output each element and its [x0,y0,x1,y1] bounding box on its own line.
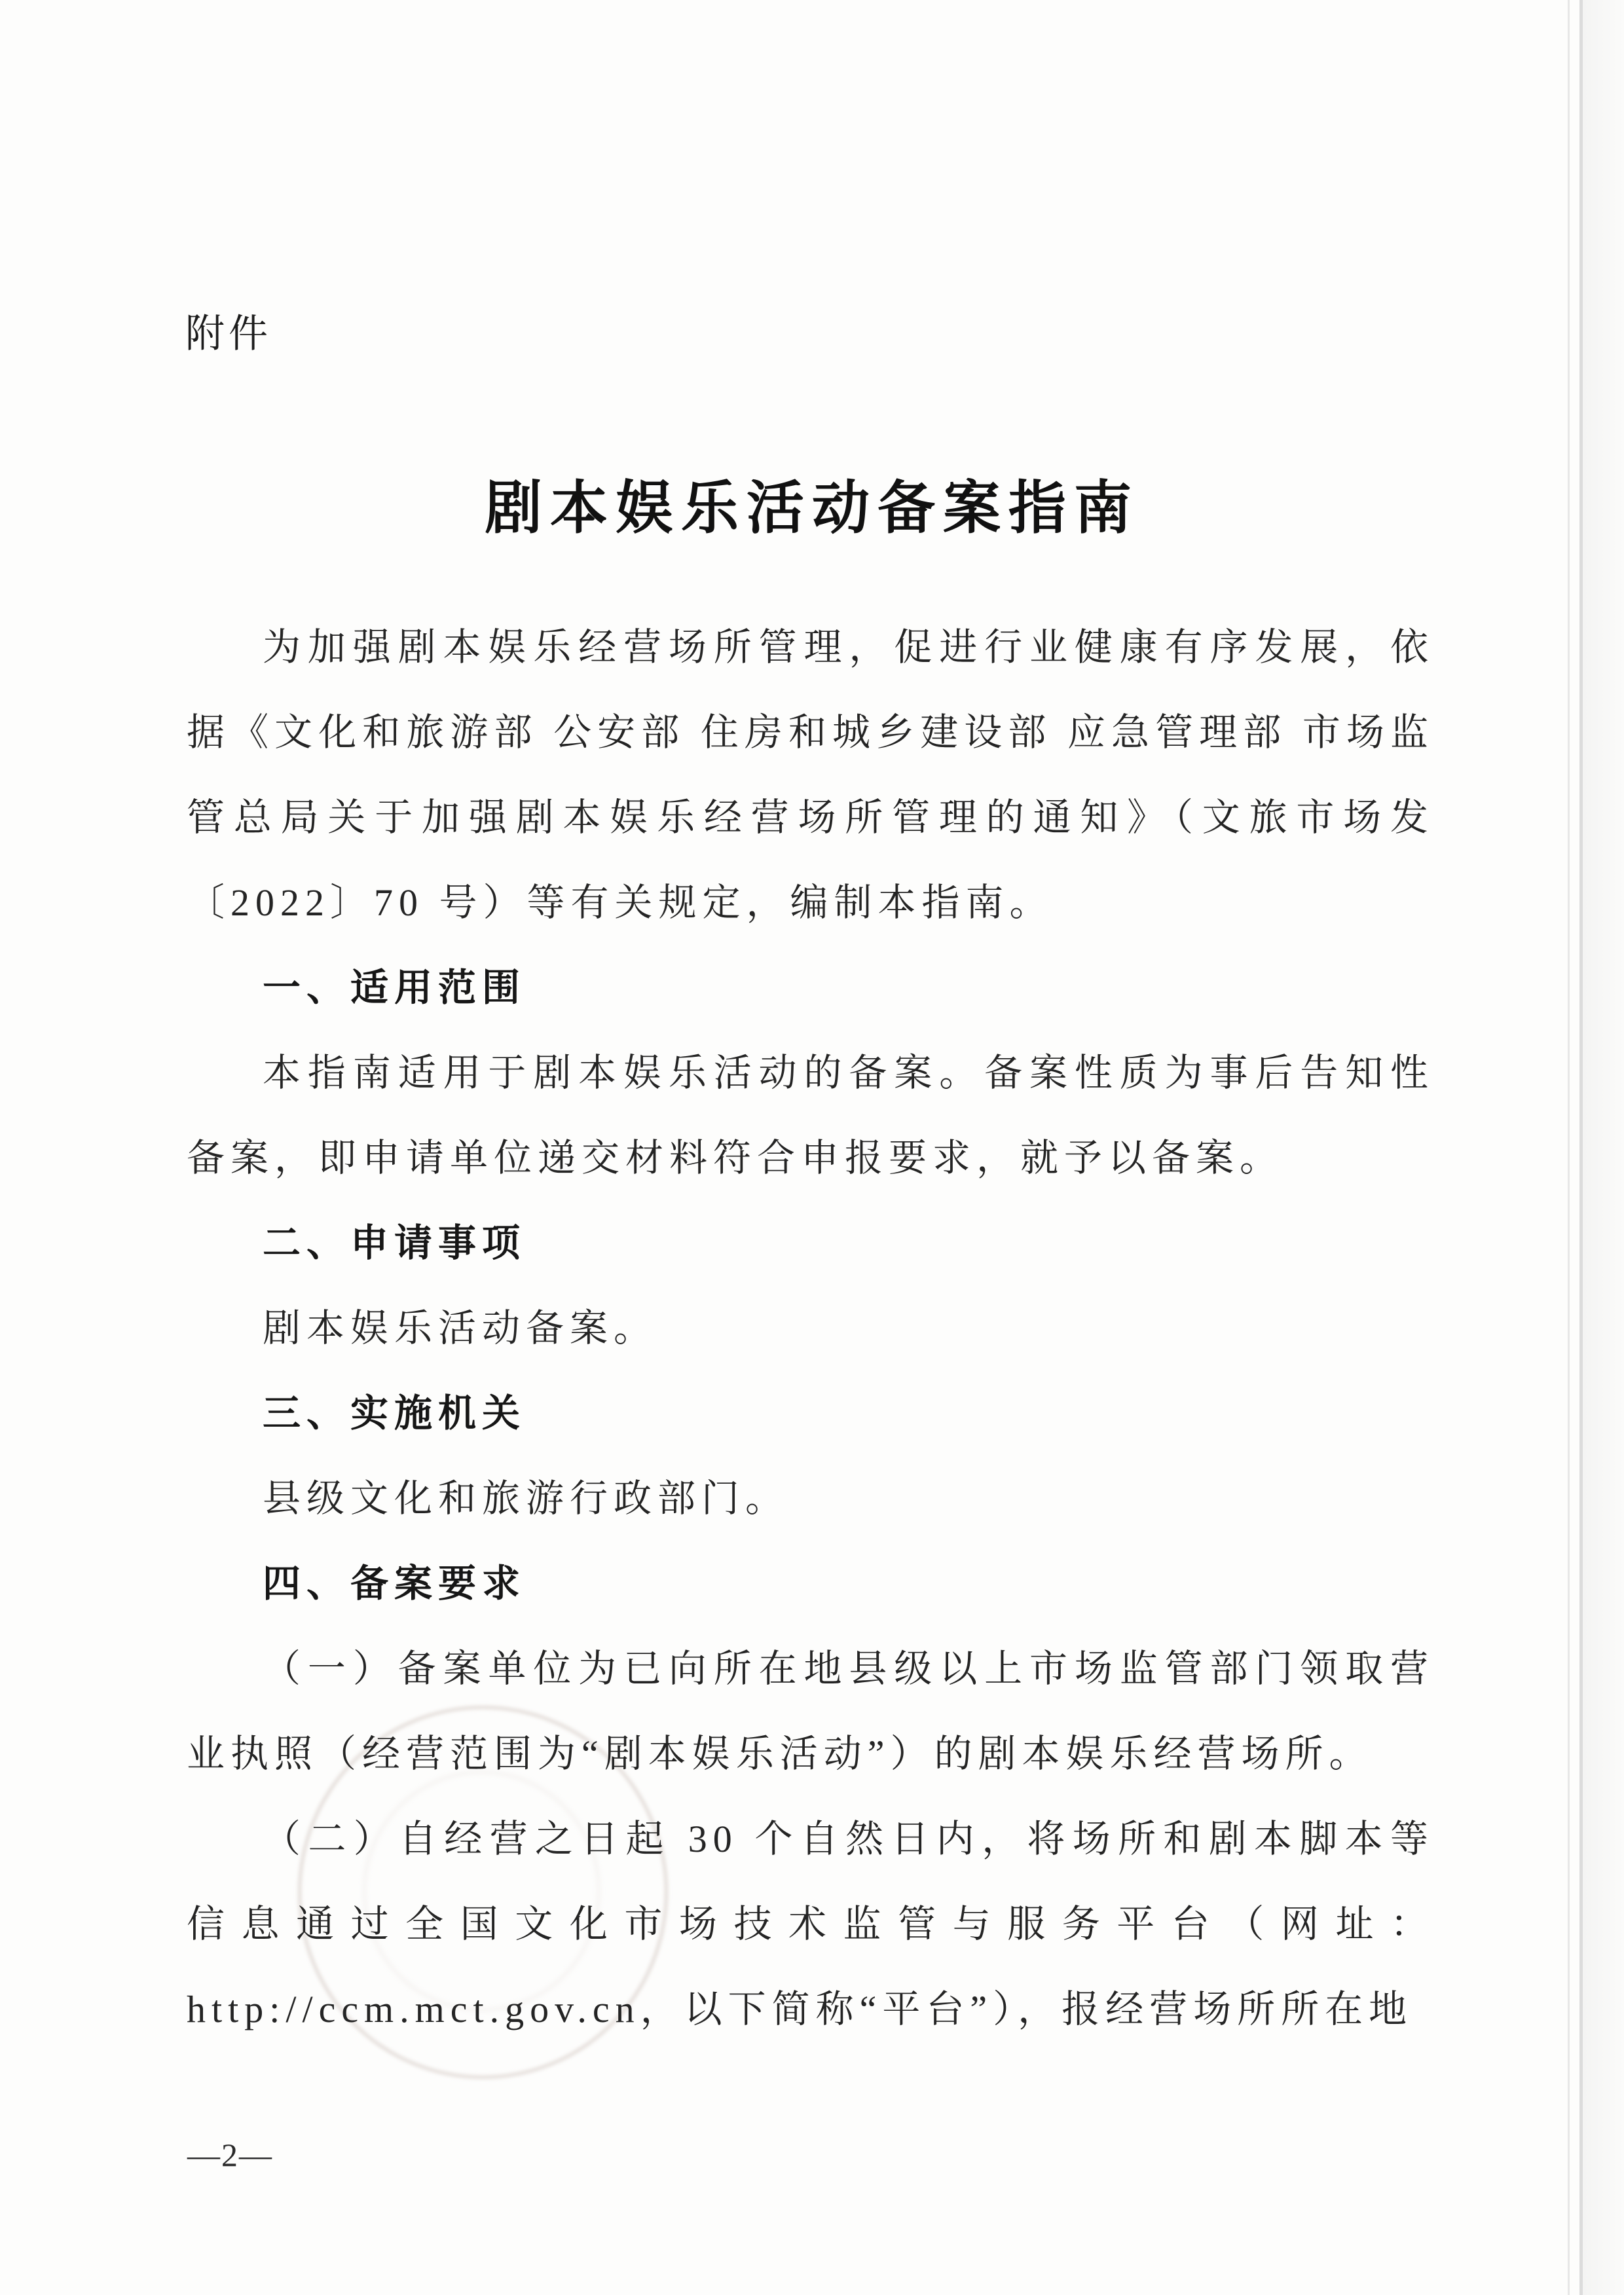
document-body: 为加强剧本娱乐经营场所管理，促进行业健康有序发展，依据《文化和旅游部 公安部 住… [187,605,1434,2052]
paragraph: 本指南适用于剧本娱乐活动的备案。备案性质为事后告知性备案，即申请单位递交材料符合… [187,1031,1434,1201]
section-heading: 二、申请事项 [187,1201,1434,1286]
paragraph: （一）备案单位为已向所在地县级以上市场监管部门领取营业执照（经营范围为“剧本娱乐… [187,1626,1434,1797]
scan-edge-line [1568,0,1570,2295]
section-heading: 三、实施机关 [187,1371,1434,1456]
section-heading: 一、适用范围 [187,946,1434,1031]
attachment-label: 附件 [185,303,272,359]
page-number: —2— [187,2136,273,2174]
document-page: 附件 剧本娱乐活动备案指南 为加强剧本娱乐经营场所管理，促进行业健康有序发展，依… [0,0,1624,2295]
paragraph: 剧本娱乐活动备案。 [187,1286,1434,1371]
paragraph: 为加强剧本娱乐经营场所管理，促进行业健康有序发展，依据《文化和旅游部 公安部 住… [187,605,1434,946]
scan-edge-shade [1583,0,1624,2295]
document-title: 剧本娱乐活动备案指南 [0,473,1624,545]
section-heading: 四、备案要求 [187,1541,1434,1626]
paragraph: （二）自经营之日起 30 个自然日内，将场所和剧本脚本等信息通过全国文化市场技术… [187,1797,1434,2052]
paragraph: 县级文化和旅游行政部门。 [187,1456,1434,1541]
